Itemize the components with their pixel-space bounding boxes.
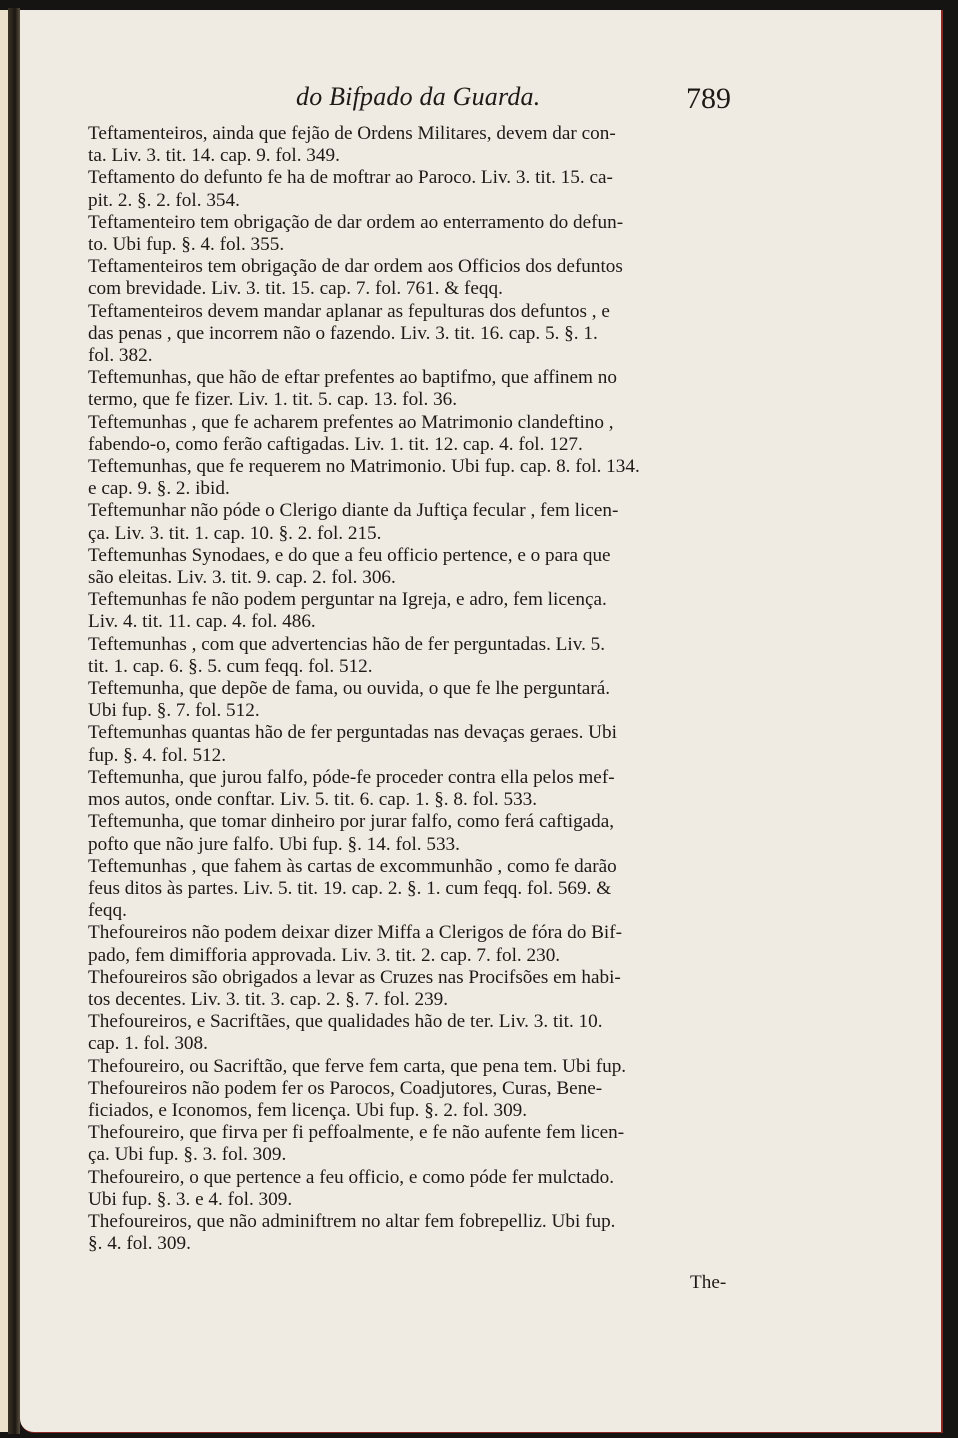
entry-continuation-line: feqq.	[106, 900, 808, 922]
index-entry: Teftemunhas quantas hão de fer perguntad…	[88, 722, 808, 766]
index-entry: Teftemunhas , que fahem às cartas de exc…	[88, 856, 808, 923]
entry-heading-line: Teftamenteiros tem obrigação de dar orde…	[88, 256, 808, 278]
entry-heading-line: Teftemunhas, que hão de eftar prefentes …	[88, 367, 808, 389]
entry-continuation-line: §. 4. fol. 309.	[106, 1233, 808, 1255]
entry-heading-line: Teftemunhas , que fe acharem prefentes a…	[88, 412, 808, 434]
entry-continuation-line: pit. 2. §. 2. fol. 354.	[106, 190, 808, 212]
index-entry: Thefoureiro, ou Sacriftão, que ferve fem…	[88, 1056, 808, 1078]
entry-heading-line: Thefoureiros não podem fer os Parocos, C…	[88, 1078, 808, 1100]
entry-continuation-line: ficiados, e Iconomos, fem licença. Ubi f…	[106, 1100, 808, 1122]
index-entry: Thefoureiros, e Sacriftães, que qualidad…	[88, 1011, 808, 1055]
book-gutter	[8, 8, 20, 1434]
entry-heading-line: Teftemunhas, que fe requerem no Matrimon…	[88, 456, 808, 478]
index-entry: Teftemunhas fe não podem perguntar na Ig…	[88, 589, 808, 633]
index-entry: Teftamento do defunto fe ha de moftrar a…	[88, 167, 808, 211]
entry-heading-line: Teftemunha, que depõe de fama, ou ouvida…	[88, 678, 808, 700]
entry-continuation-line: Ubi fup. §. 3. e 4. fol. 309.	[106, 1189, 808, 1211]
index-entry: Teftemunhas, que fe requerem no Matrimon…	[88, 456, 808, 500]
entry-continuation-line: fol. 382.	[106, 345, 808, 367]
entry-continuation-line: ça. Ubi fup. §. 3. fol. 309.	[106, 1144, 808, 1166]
entry-continuation-line: tit. 1. cap. 6. §. 5. cum feqq. fol. 512…	[106, 656, 808, 678]
index-entry: Teftemunha, que jurou falfo, póde-fe pro…	[88, 767, 808, 811]
entry-continuation-line: e cap. 9. §. 2. ibid.	[106, 478, 808, 500]
entry-continuation-line: ta. Liv. 3. tit. 14. cap. 9. fol. 349.	[106, 145, 808, 167]
entry-continuation-line: pado, fem dimifforia approvada. Liv. 3. …	[106, 945, 808, 967]
entry-continuation-line: com brevidade. Liv. 3. tit. 15. cap. 7. …	[106, 278, 808, 300]
index-entry: Teftamenteiros devem mandar aplanar as f…	[88, 301, 808, 368]
entry-heading-line: Thefoureiro, que firva per fi peffoalmen…	[88, 1122, 808, 1144]
running-title: do Bifpado da Guarda.	[296, 82, 540, 112]
entry-heading-line: Thefoureiro, ou Sacriftão, que ferve fem…	[88, 1056, 808, 1078]
index-entry: Thefoureiro, que firva per fi peffoalmen…	[88, 1122, 808, 1166]
entry-heading-line: Teftamenteiros, ainda que fejão de Orden…	[88, 123, 808, 145]
entry-heading-line: Teftemunhas fe não podem perguntar na Ig…	[88, 589, 808, 611]
entry-continuation-line: feus ditos às partes. Liv. 5. tit. 19. c…	[106, 878, 808, 900]
book-page: do Bifpado da Guarda. 789 Teftamenteiros…	[20, 10, 943, 1433]
entry-continuation-line: ça. Liv. 3. tit. 1. cap. 10. §. 2. fol. …	[106, 523, 808, 545]
entry-heading-line: Teftemunhas quantas hão de fer perguntad…	[88, 722, 808, 744]
entry-continuation-line: Ubi fup. §. 7. fol. 512.	[106, 700, 808, 722]
index-entry: Teftemunhas, que hão de eftar prefentes …	[88, 367, 808, 411]
index-entries: Teftamenteiros, ainda que fejão de Orden…	[88, 123, 808, 1255]
entry-continuation-line: tos decentes. Liv. 3. tit. 3. cap. 2. §.…	[106, 989, 808, 1011]
entry-continuation-line: pofto que não jure falfo. Ubi fup. §. 14…	[106, 834, 808, 856]
index-entry: Teftemunhas , que fe acharem prefentes a…	[88, 412, 808, 456]
index-entry: Thefoureiro, o que pertence a feu offici…	[88, 1167, 808, 1211]
index-entry: Teftemunhar não póde o Clerigo diante da…	[88, 500, 808, 544]
entry-heading-line: Teftemunhas , que fahem às cartas de exc…	[88, 856, 808, 878]
index-entry: Teftemunhas Synodaes, e do que a feu off…	[88, 545, 808, 589]
entry-heading-line: Teftemunhas Synodaes, e do que a feu off…	[88, 545, 808, 567]
entry-continuation-line: mos autos, onde conftar. Liv. 5. tit. 6.…	[106, 789, 808, 811]
index-entry: Teftamenteiros, ainda que fejão de Orden…	[88, 123, 808, 167]
index-entry: Thefoureiros não podem fer os Parocos, C…	[88, 1078, 808, 1122]
index-entry: Thefoureiros são obrigados a levar as Cr…	[88, 967, 808, 1011]
index-entry: Thefoureiros, que não adminiftrem no alt…	[88, 1211, 808, 1255]
entry-continuation-line: fabendo-o, como ferão caftigadas. Liv. 1…	[106, 434, 808, 456]
entry-continuation-line: termo, que fe fizer. Liv. 1. tit. 5. cap…	[106, 389, 808, 411]
index-entry: Teftemunha, que tomar dinheiro por jurar…	[88, 811, 808, 855]
entry-heading-line: Teftemunha, que tomar dinheiro por jurar…	[88, 811, 808, 833]
index-entry: Thefoureiros não podem deixar dizer Miff…	[88, 922, 808, 966]
entry-heading-line: Thefoureiros, e Sacriftães, que qualidad…	[88, 1011, 808, 1033]
index-entry: Teftamenteiros tem obrigação de dar orde…	[88, 256, 808, 300]
index-entry: Teftemunhas , com que advertencias hão d…	[88, 634, 808, 678]
entry-heading-line: Teftemunhar não póde o Clerigo diante da…	[88, 500, 808, 522]
page-number: 789	[686, 82, 731, 116]
entry-continuation-line: fup. §. 4. fol. 512.	[106, 745, 808, 767]
page-header: do Bifpado da Guarda. 789	[20, 82, 941, 122]
entry-continuation-line: são eleitas. Liv. 3. tit. 9. cap. 2. fol…	[106, 567, 808, 589]
entry-heading-line: Thefoureiro, o que pertence a feu offici…	[88, 1167, 808, 1189]
entry-continuation-line: Liv. 4. tit. 11. cap. 4. fol. 486.	[106, 611, 808, 633]
entry-heading-line: Thefoureiros não podem deixar dizer Miff…	[88, 922, 808, 944]
entry-continuation-line: das penas , que incorrem não o fazendo. …	[106, 323, 808, 345]
index-entry: Teftemunha, que depõe de fama, ou ouvida…	[88, 678, 808, 722]
entry-heading-line: Teftemunha, que jurou falfo, póde-fe pro…	[88, 767, 808, 789]
entry-heading-line: Teftamenteiros devem mandar aplanar as f…	[88, 301, 808, 323]
entry-continuation-line: cap. 1. fol. 308.	[106, 1033, 808, 1055]
entry-heading-line: Teftamento do defunto fe ha de moftrar a…	[88, 167, 808, 189]
entry-heading-line: Thefoureiros são obrigados a levar as Cr…	[88, 967, 808, 989]
facing-page-edge	[0, 10, 8, 1432]
entry-heading-line: Teftamenteiro tem obrigação de dar ordem…	[88, 212, 808, 234]
entry-heading-line: Teftemunhas , com que advertencias hão d…	[88, 634, 808, 656]
entry-continuation-line: to. Ubi fup. §. 4. fol. 355.	[106, 234, 808, 256]
entry-heading-line: Thefoureiros, que não adminiftrem no alt…	[88, 1211, 808, 1233]
index-entry: Teftamenteiro tem obrigação de dar ordem…	[88, 212, 808, 256]
catchword: The-	[690, 1272, 726, 1294]
